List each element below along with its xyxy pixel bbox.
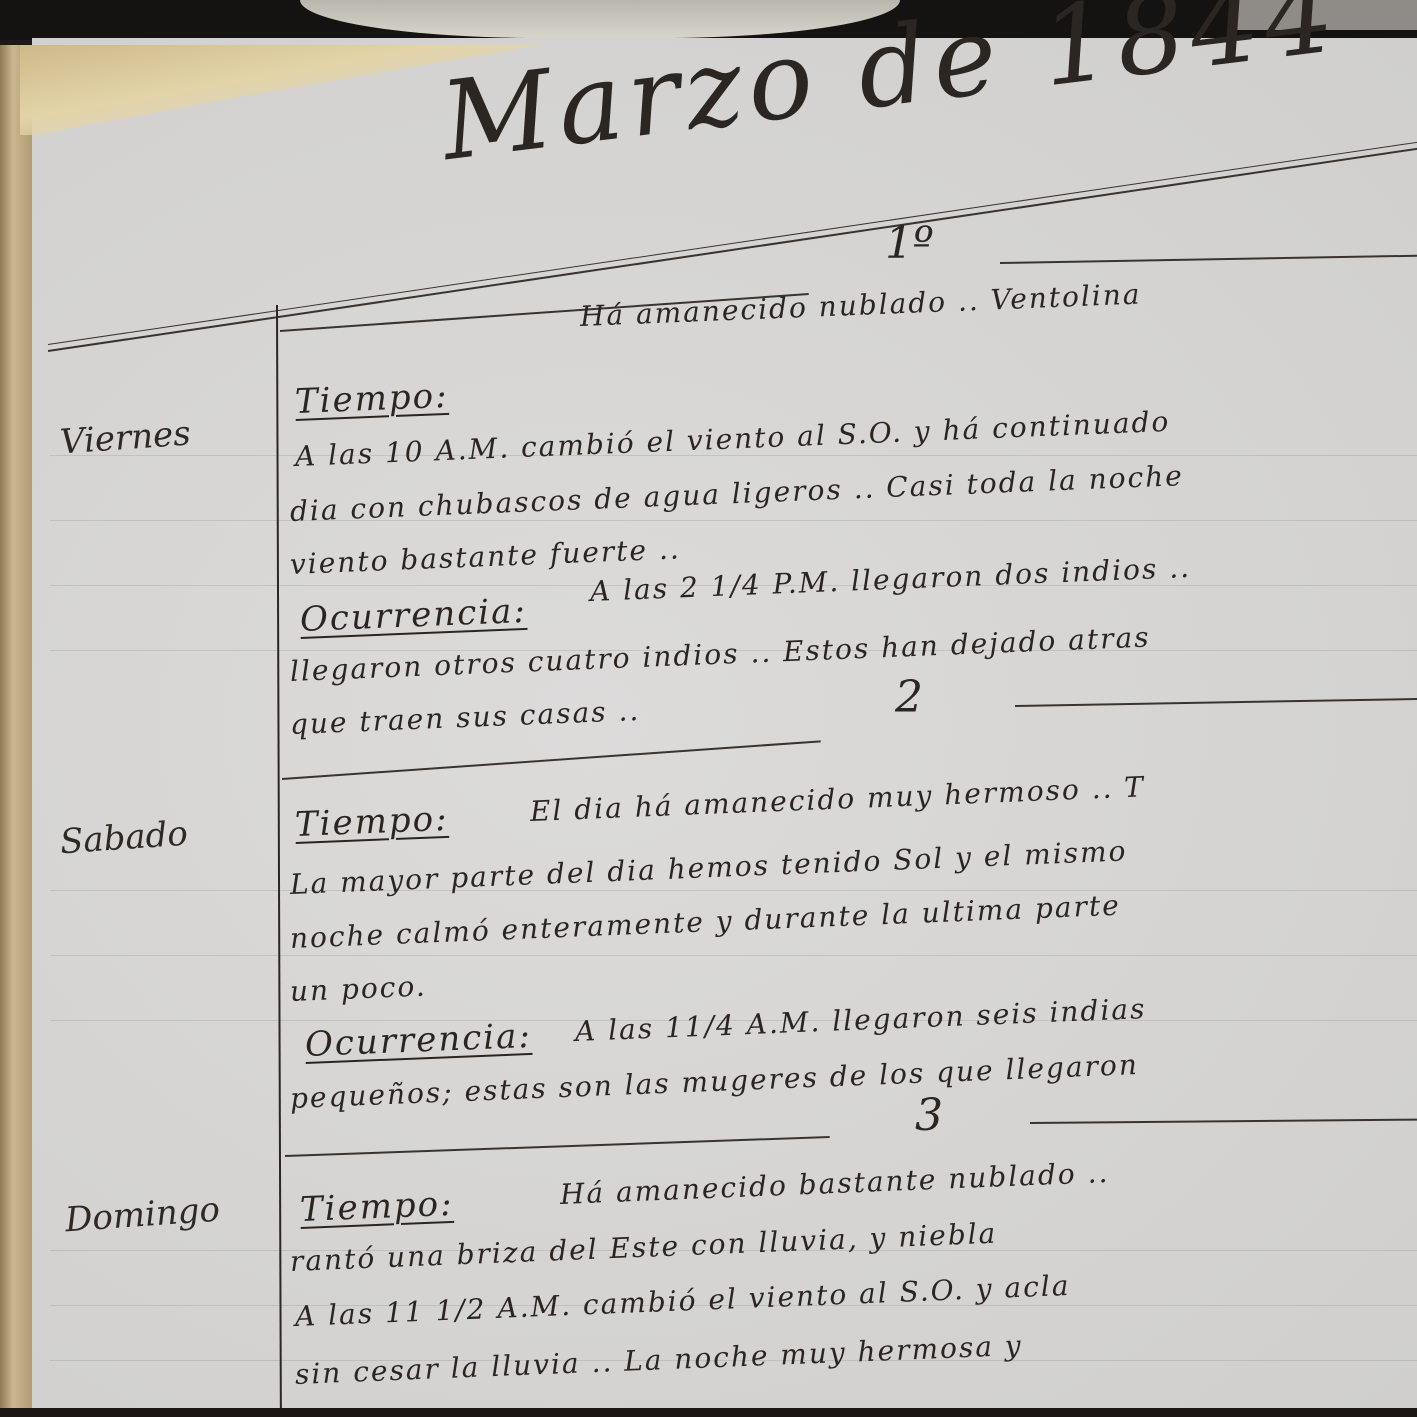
ruled-line (50, 520, 1417, 521)
ruled-line (50, 955, 1417, 956)
book-spine (0, 45, 32, 1417)
tiempo-label: Tiempo: (299, 1184, 454, 1230)
day-number: 2 (895, 672, 923, 723)
tiempo-label: Tiempo: (294, 799, 449, 845)
entry-label-tiempo: Tiempo: (299, 1184, 454, 1230)
background-bottom (0, 1408, 1417, 1417)
entry-label-tiempo: Tiempo: (294, 799, 449, 845)
entry-line: un poco. (289, 970, 427, 1008)
ruled-line (50, 890, 1417, 891)
day-number: 3 (915, 1090, 943, 1141)
entry-label-tiempo: Tiempo: (294, 376, 449, 422)
tiempo-label: Tiempo: (294, 376, 449, 422)
day-number: 1º (885, 218, 934, 269)
